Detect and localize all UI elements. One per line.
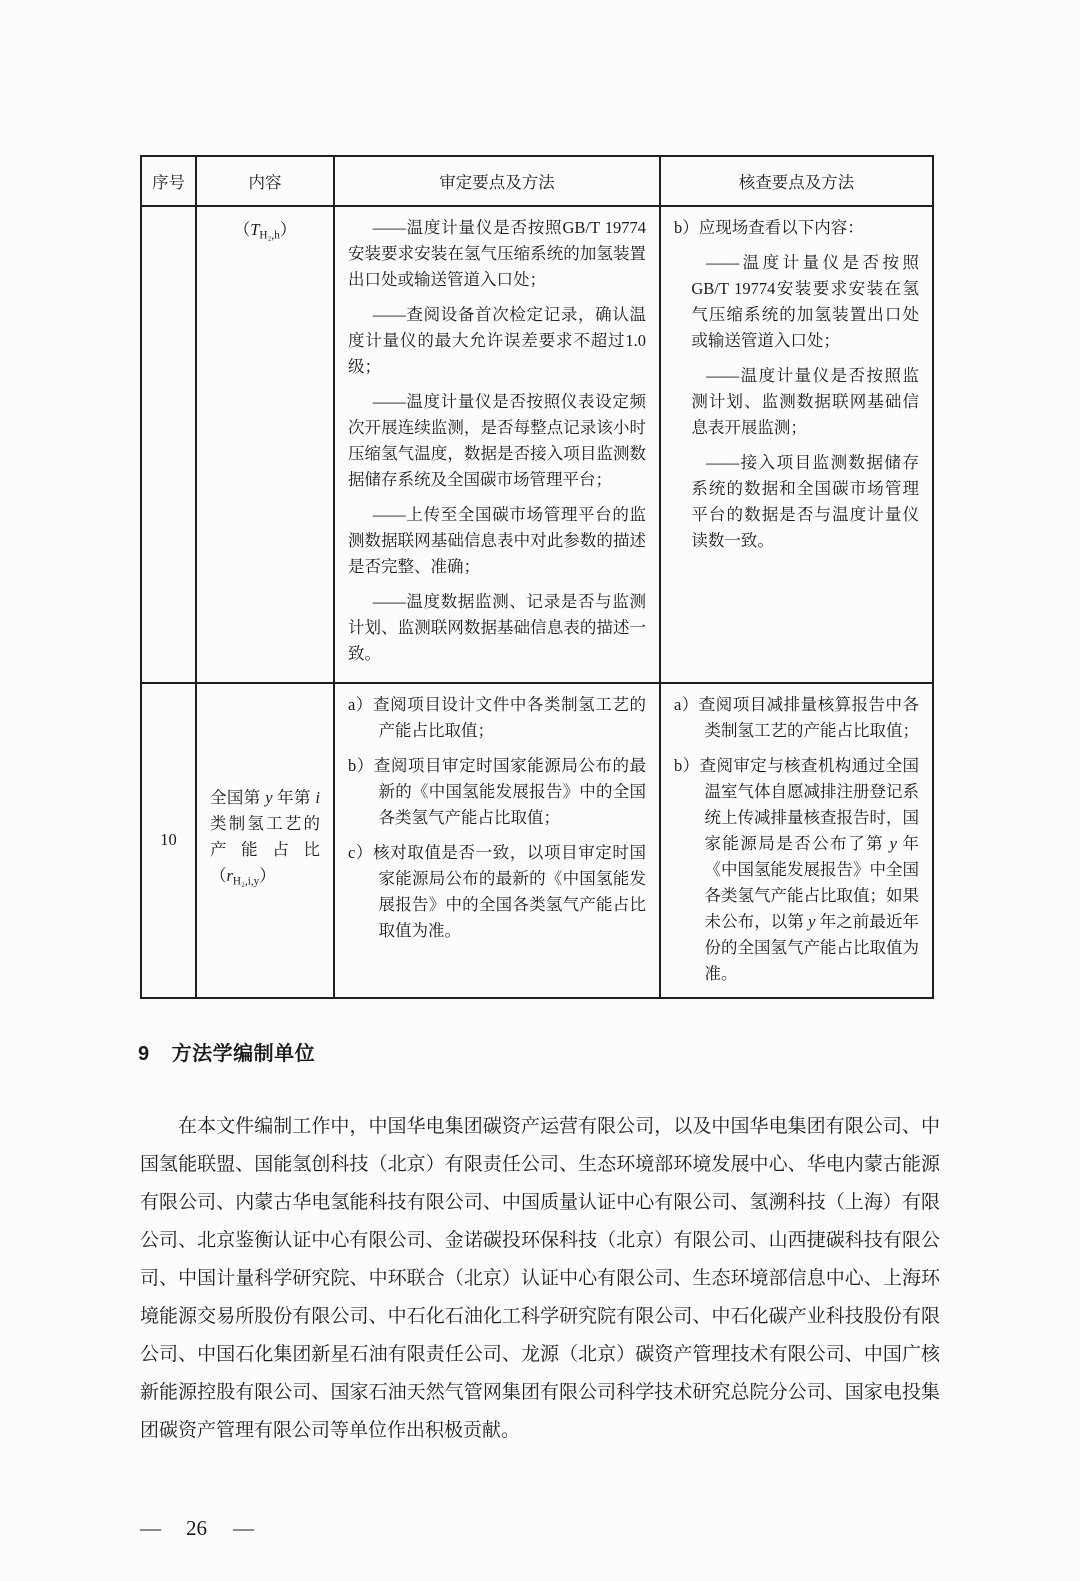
body-paragraph: 在本文件编制工作中，中国华电集团碳资产运营有限公司，以及中国华电集团有限公司、中… xyxy=(140,1108,940,1450)
text-part: 年第 xyxy=(273,788,316,807)
check-item: ——温度计量仪是否按照GB/T 19774安装要求安装在氢气压缩系统的加氢装置出… xyxy=(691,250,919,354)
paren-open: （ xyxy=(234,220,251,239)
page-number: 26 xyxy=(186,1516,207,1541)
audit-item-text: 查阅项目审定时国家能源局公布的最新的《中国氢能发展报告》中的全国各类氢气产能占比… xyxy=(374,756,646,827)
audit-item-text: 查阅项目设计文件中各类制氢工艺的产能占比取值； xyxy=(373,695,646,740)
cell-row-no: 10 xyxy=(141,683,196,998)
audit-item: a）查阅项目设计文件中各类制氢工艺的产能占比取值； xyxy=(348,692,646,744)
section-title: 方法学编制单位 xyxy=(172,1043,316,1065)
document-page: 序号 内容 审定要点及方法 核查要点及方法 （TH₂,h） ——温度计量仪是否按… xyxy=(0,0,1080,1581)
table-row-10: 10 全国第 y 年第 i 类制氢工艺的产能占比（rH₂,i,y） a）查阅项目… xyxy=(141,683,933,998)
item-label: b） xyxy=(348,756,374,775)
var-y: y xyxy=(890,834,897,853)
text-part: 全国第 xyxy=(210,788,265,807)
footer-dash-left: — xyxy=(140,1516,160,1541)
item-label: a） xyxy=(674,695,699,714)
cell-audit-methods: ——温度计量仪是否按照GB/T 19774安装要求安装在氢气压缩系统的加氢装置出… xyxy=(334,206,660,683)
cell-parameter: 全国第 y 年第 i 类制氢工艺的产能占比（rH₂,i,y） xyxy=(196,683,334,998)
table-header-row: 序号 内容 审定要点及方法 核查要点及方法 xyxy=(141,156,933,206)
item-label: c） xyxy=(348,843,373,862)
col-header-no: 序号 xyxy=(141,156,196,206)
cell-audit-methods: a）查阅项目设计文件中各类制氢工艺的产能占比取值； b）查阅项目审定时国家能源局… xyxy=(334,683,660,998)
parameter-formula: （TH₂,h） xyxy=(210,217,320,248)
col-header-content: 内容 xyxy=(196,156,334,206)
check-item: a）查阅项目减排量核算报告中各类制氢工艺的产能占比取值； xyxy=(674,692,919,744)
var-y: y xyxy=(265,788,272,807)
cell-check-methods: b）应现场查看以下内容： ——温度计量仪是否按照GB/T 19774安装要求安装… xyxy=(660,206,933,683)
audit-item: b）查阅项目审定时国家能源局公布的最新的《中国氢能发展报告》中的全国各类氢气产能… xyxy=(348,753,646,831)
item-label: a） xyxy=(348,695,373,714)
review-table: 序号 内容 审定要点及方法 核查要点及方法 （TH₂,h） ——温度计量仪是否按… xyxy=(140,155,934,999)
section-heading: 9方法学编制单位 xyxy=(138,1037,940,1066)
cell-row-no xyxy=(141,206,196,683)
audit-item-text: 核对取值是否一致，以项目审定时国家能源局公布的最新的《中国氢能发展报告》中的全国… xyxy=(373,843,646,940)
check-item: b）查阅审定与核查机构通过全国温室气体自愿减排注册登记系统上传减排量核查报告时，… xyxy=(674,753,919,987)
check-item-text: 查阅项目减排量核算报告中各类制氢工艺的产能占比取值； xyxy=(699,695,919,740)
audit-item: ——温度计量仪是否按照仪表设定频次开展连续监测，是否每整点记录该小时压缩氢气温度… xyxy=(348,389,646,493)
check-item: ——接入项目监测数据储存系统的数据和全国碳市场管理平台的数据是否与温度计量仪读数… xyxy=(691,450,919,554)
parameter-description: 全国第 y 年第 i 类制氢工艺的产能占比（rH₂,i,y） xyxy=(210,788,320,885)
page-footer: — 26 — xyxy=(140,1516,940,1541)
footer-dash-right: — xyxy=(233,1516,253,1541)
item-label: b） xyxy=(674,218,699,237)
parameter-subscript: H₂,i,y xyxy=(233,875,259,887)
paren-close: ） xyxy=(259,866,276,885)
audit-item: ——温度数据监测、记录是否与监测计划、监测联网数据基础信息表的描述一致。 xyxy=(348,589,646,667)
table-row-continuation: （TH₂,h） ——温度计量仪是否按照GB/T 19774安装要求安装在氢气压缩… xyxy=(141,206,933,683)
var-i: i xyxy=(315,788,320,807)
item-label: b） xyxy=(674,756,700,775)
check-intro: b）应现场查看以下内容： xyxy=(674,215,919,241)
check-item: ——温度计量仪是否按照监测计划、监测数据联网基础信息表开展监测； xyxy=(691,363,919,441)
text-part: 查阅审定与核查机构通过全国温室气体自愿减排注册登记系统上传减排量核查报告时，国家… xyxy=(700,756,919,853)
audit-item: ——温度计量仪是否按照GB/T 19774安装要求安装在氢气压缩系统的加氢装置出… xyxy=(348,215,646,293)
audit-item: ——上传至全国碳市场管理平台的监测数据联网基础信息表中对此参数的描述是否完整、准… xyxy=(348,502,646,580)
audit-item: c）核对取值是否一致，以项目审定时国家能源局公布的最新的《中国氢能发展报告》中的… xyxy=(348,840,646,944)
check-sublist: ——温度计量仪是否按照GB/T 19774安装要求安装在氢气压缩系统的加氢装置出… xyxy=(691,250,919,554)
col-header-check: 核查要点及方法 xyxy=(660,156,933,206)
cell-check-methods: a）查阅项目减排量核算报告中各类制氢工艺的产能占比取值； b）查阅审定与核查机构… xyxy=(660,683,933,998)
parameter-subscript: H₂,h xyxy=(259,229,279,241)
section-number: 9 xyxy=(138,1043,150,1065)
cell-parameter: （TH₂,h） xyxy=(196,206,334,683)
audit-item: ——查阅设备首次检定记录，确认温度计量仪的最大允许误差要求不超过1.0级； xyxy=(348,302,646,380)
check-intro-text: 应现场查看以下内容： xyxy=(699,218,864,237)
parameter-symbol: T xyxy=(250,220,259,239)
paren-close: ） xyxy=(280,220,297,239)
col-header-audit: 审定要点及方法 xyxy=(334,156,660,206)
